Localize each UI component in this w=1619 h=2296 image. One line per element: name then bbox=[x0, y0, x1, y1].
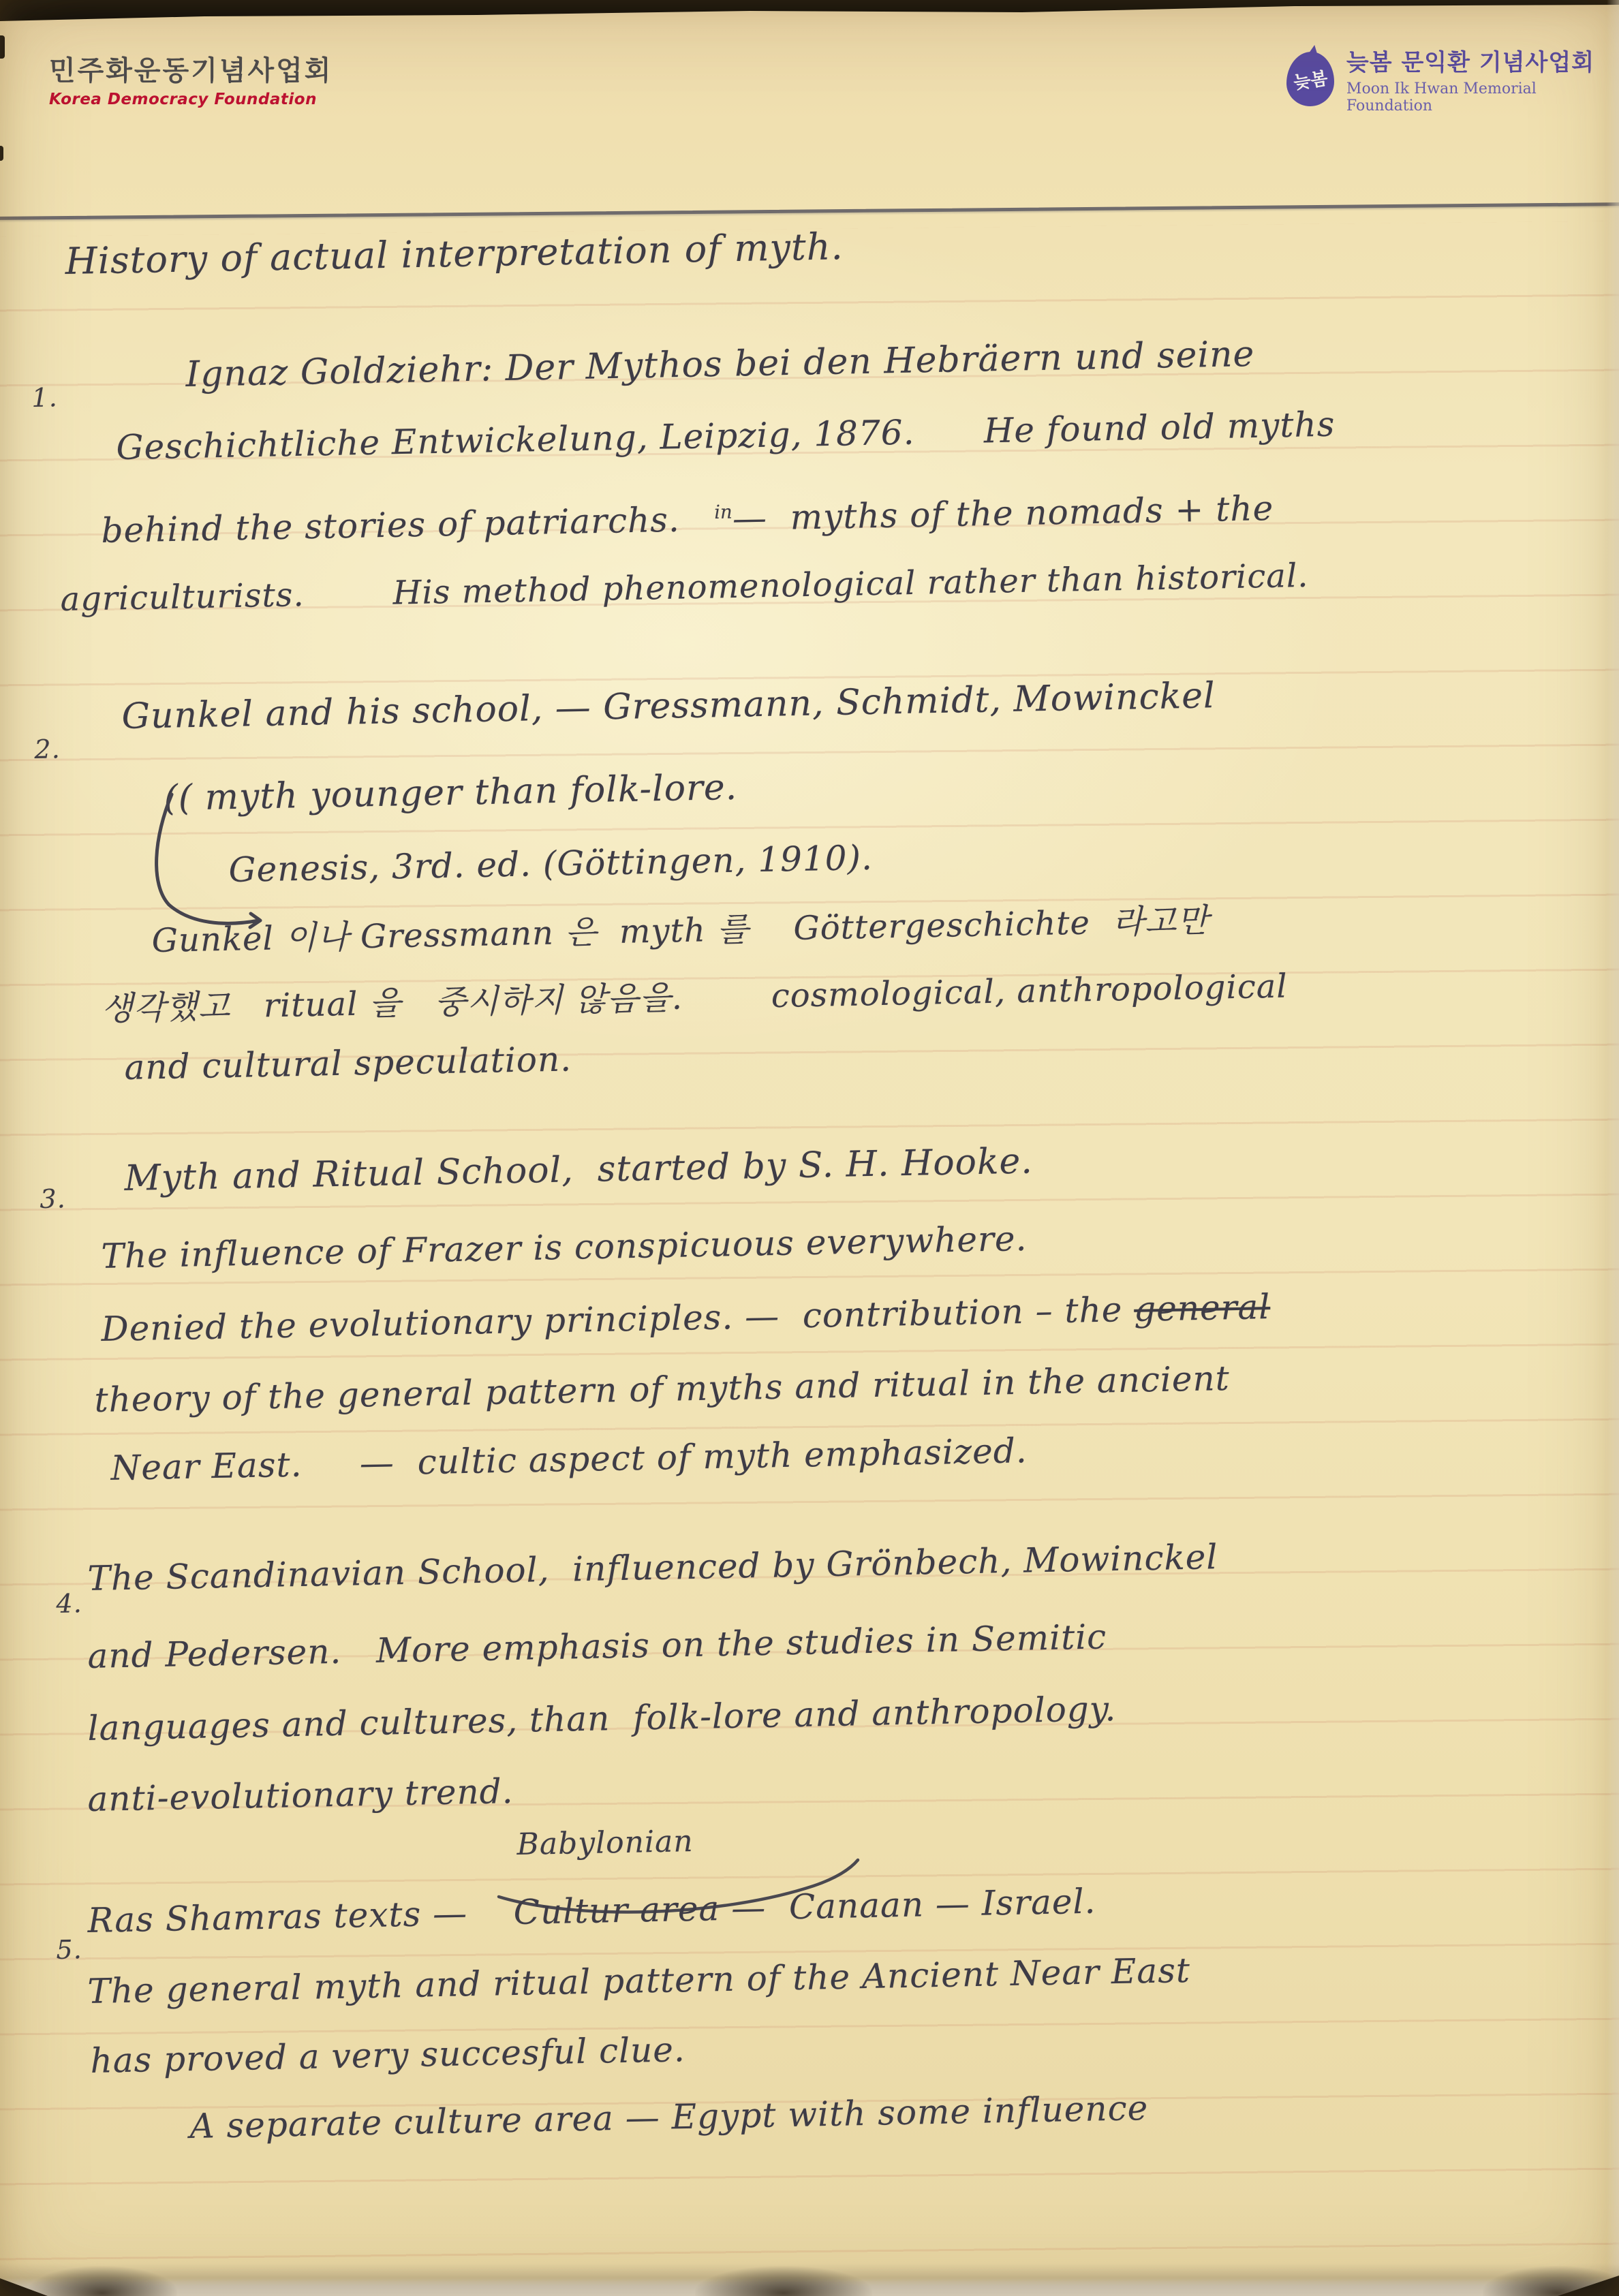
item-2-line-4: Gunkel 이나 Gressmann 은 myth 를 Göttergesch… bbox=[151, 894, 1209, 961]
item-1-line-3: behind the stories of patriarchs. in— my… bbox=[101, 488, 1274, 550]
item-5-line-3: has proved a very succesful clue. bbox=[90, 2030, 685, 2081]
struck-word: general bbox=[1134, 1287, 1271, 1329]
item-5-line-1: Ras Shamras texts — Cultur area — Canaan… bbox=[87, 1882, 1096, 1940]
item-3-line-4: theory of the general pattern of myths a… bbox=[94, 1359, 1230, 1420]
item-5-line-4: A separate culture area — Egypt with som… bbox=[189, 2088, 1149, 2146]
scan-edge-chip bbox=[0, 146, 3, 161]
item-2-line-6: and cultural speculation. bbox=[124, 1039, 572, 1087]
note-title: History of actual interpretation of myth… bbox=[65, 225, 844, 283]
item-2-line-5: 생각했고 ritual 을 중시하지 않음을. cosmological, an… bbox=[101, 960, 1288, 1029]
scanned-note-page: 민주화운동기념사업회 Korea Democracy Foundation 늦봄… bbox=[0, 0, 1619, 2296]
scan-edge-bottom bbox=[0, 2263, 1619, 2296]
heavy-top-rule bbox=[0, 202, 1619, 220]
scan-edge-top bbox=[0, 0, 1619, 23]
item-3-line-3: Denied the evolutionary principles. — co… bbox=[101, 1287, 1271, 1349]
item-4-number: 4. bbox=[56, 1588, 82, 1619]
mihmf-seal-text: 늦봄 bbox=[1292, 64, 1329, 94]
item-3-line-2: The influence of Frazer is conspicuous e… bbox=[101, 1219, 1028, 1276]
item-2-number: 2. bbox=[34, 734, 61, 764]
item-1-line-2: Geschichtliche Entwickelung, Leipzig, 18… bbox=[116, 405, 1336, 467]
item-4-line-2: and Pedersen. More emphasis on the studi… bbox=[87, 1617, 1107, 1676]
item-2-line-3: Genesis, 3rd. ed. (Göttingen, 1910). bbox=[228, 838, 873, 890]
item-4-line-1: The Scandinavian School, influenced by G… bbox=[87, 1537, 1218, 1598]
mihmf-logo-text: 늦봄 문익환 기념사업회 Moon Ik Hwan Memorial Found… bbox=[1346, 44, 1619, 114]
item-5-number: 5. bbox=[56, 1934, 82, 1965]
inserted-word: in bbox=[714, 501, 733, 524]
item-3-number: 3. bbox=[40, 1183, 66, 1214]
scan-edge-chip bbox=[0, 35, 5, 59]
item-1-line-1: Ignaz Goldziehr: Der Mythos bei den Hebr… bbox=[185, 334, 1255, 395]
item-2-line-2: (( myth younger than folk-lore. bbox=[164, 767, 738, 819]
item-3-line-1: Myth and Ritual School, started by S. H.… bbox=[124, 1141, 1033, 1199]
mihmf-logo: 늦봄 늦봄 문익환 기념사업회 Moon Ik Hwan Memorial Fo… bbox=[1286, 44, 1619, 114]
mihmf-seal-icon: 늦봄 bbox=[1286, 52, 1334, 106]
item-3-line-5: Near East. — cultic aspect of myth empha… bbox=[110, 1431, 1028, 1488]
kdf-logo-english: Korea Democracy Foundation bbox=[49, 91, 333, 108]
item-1-number: 1. bbox=[31, 382, 58, 413]
mihmf-logo-english: Moon Ik Hwan Memorial Foundation bbox=[1346, 80, 1619, 114]
item-4-line-3: languages and cultures, than folk-lore a… bbox=[87, 1689, 1117, 1748]
mihmf-logo-korean: 늦봄 문익환 기념사업회 bbox=[1346, 44, 1619, 77]
scan-edge-right bbox=[1607, 0, 1619, 2296]
kdf-logo-korean: 민주화운동기념사업회 bbox=[49, 49, 333, 88]
item-5-insertion: Babylonian bbox=[516, 1824, 694, 1862]
item-5-line-2: The general myth and ritual pattern of t… bbox=[87, 1951, 1190, 2011]
kdf-logo: 민주화운동기념사업회 Korea Democracy Foundation bbox=[49, 49, 333, 108]
item-4-line-4: anti-evolutionary trend. bbox=[87, 1771, 514, 1819]
item-2-line-1: Gunkel and his school, — Gressmann, Schm… bbox=[121, 675, 1216, 737]
item-1-line-4: agriculturists. His method phenomenologi… bbox=[60, 557, 1309, 619]
